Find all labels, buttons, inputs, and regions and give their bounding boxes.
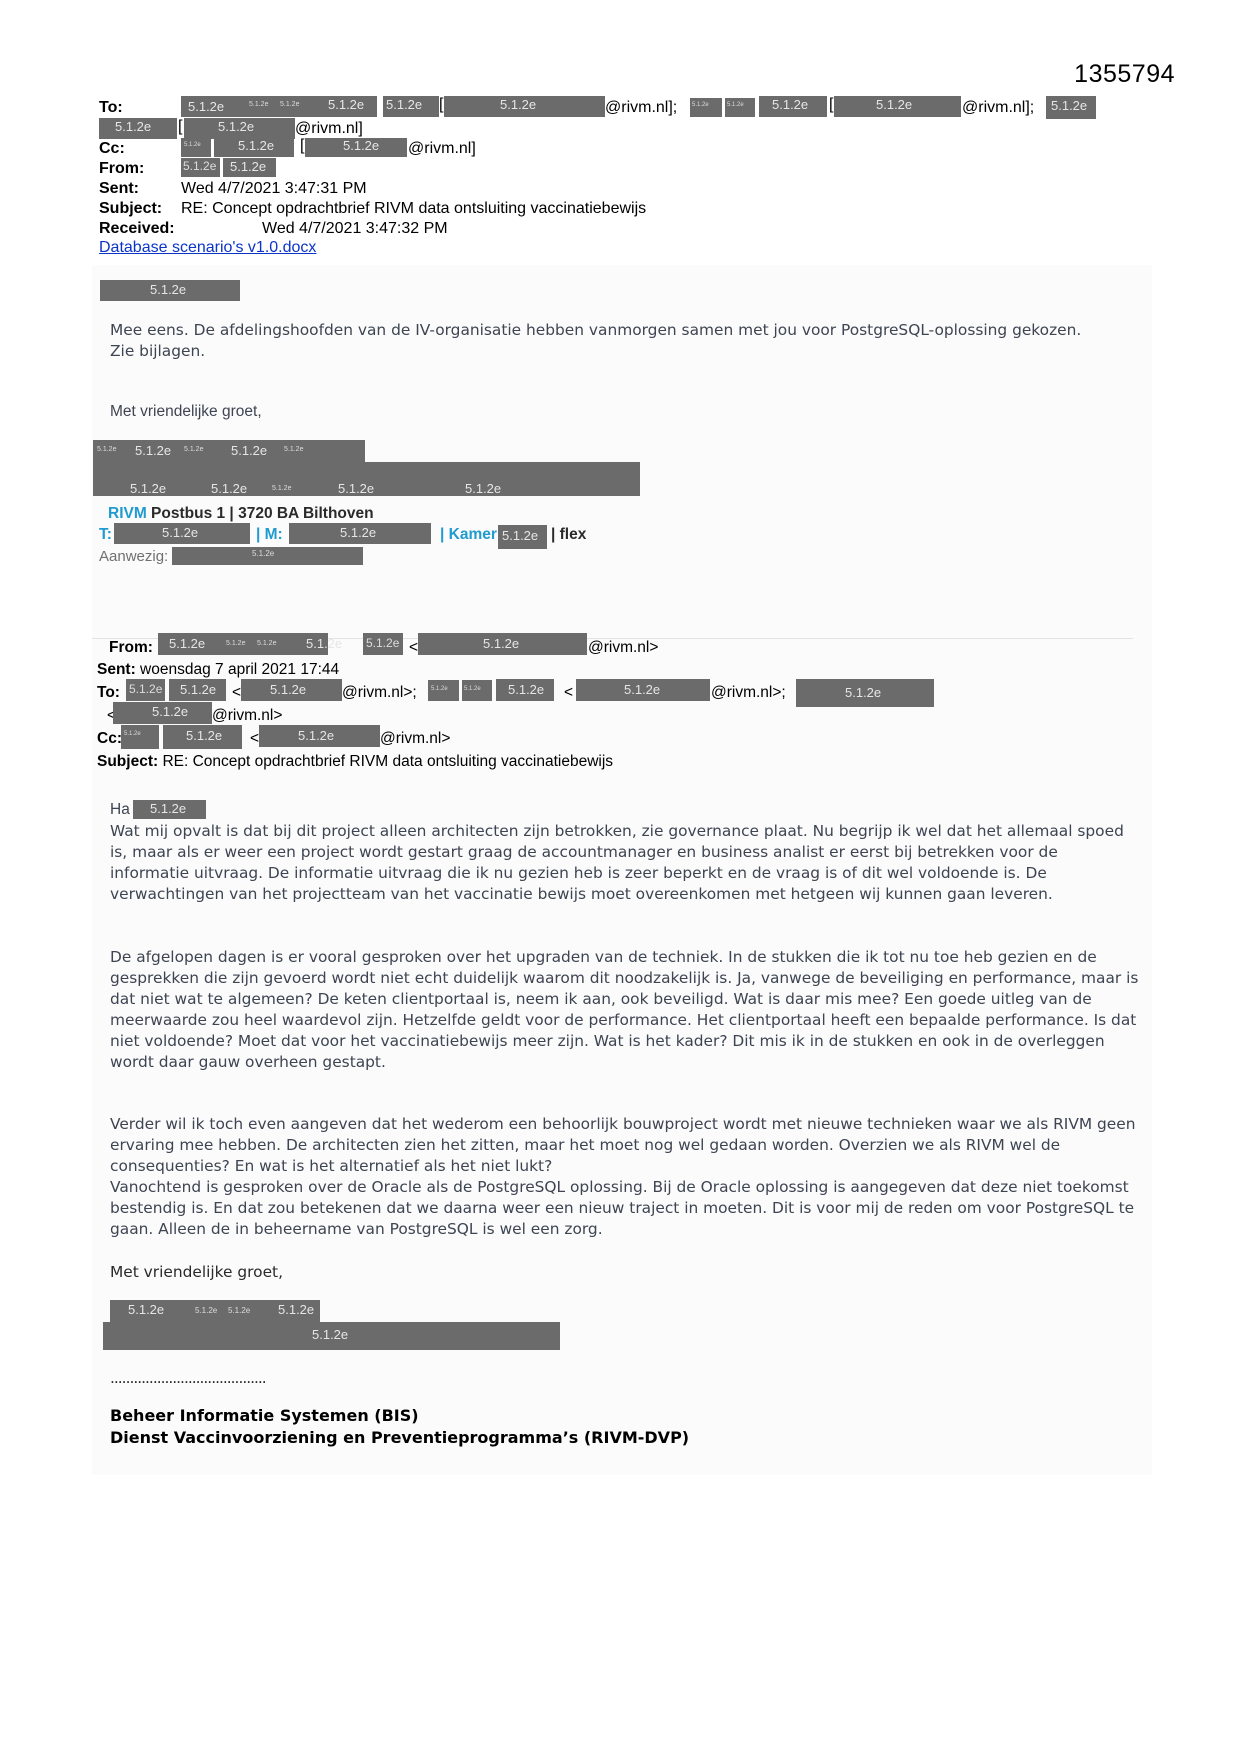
reply-line: Mee eens. De afdelingshoofden van de IV-… bbox=[110, 320, 1140, 341]
redaction: 5.1.2e bbox=[624, 682, 660, 697]
redaction: 5.1.2e bbox=[340, 525, 376, 540]
to-domain: @rivm.nl] bbox=[295, 119, 363, 139]
quoted-from-domain: @rivm.nl> bbox=[588, 636, 658, 659]
redaction: 5.1.2e bbox=[183, 159, 216, 173]
redaction: 5.1.2e bbox=[162, 525, 198, 540]
redaction: 5.1.2e bbox=[306, 636, 342, 651]
redaction: 5.1.2e bbox=[135, 443, 171, 458]
redaction: 5.1.2e bbox=[1051, 98, 1087, 113]
redaction: 5.1.2e bbox=[226, 640, 245, 647]
quoted-cc-domain: @rivm.nl> bbox=[380, 727, 450, 750]
phone-label: T: bbox=[99, 523, 112, 546]
subject-value: RE: Concept opdrachtbrief RIVM data onts… bbox=[181, 199, 646, 219]
outer-to-line: To: bbox=[99, 98, 179, 118]
redaction: 5.1.2e bbox=[184, 446, 203, 453]
sent-value: Wed 4/7/2021 3:47:31 PM bbox=[181, 179, 367, 199]
subject-label: Subject: bbox=[99, 199, 162, 219]
reply-line: Zie bijlagen. bbox=[110, 341, 1140, 362]
dotted-divider: ........................................ bbox=[110, 1368, 266, 1389]
quoted-subject-value: RE: Concept opdrachtbrief RIVM data onts… bbox=[158, 753, 613, 770]
cc-label: Cc: bbox=[99, 139, 125, 159]
redaction: 5.1.2e bbox=[150, 282, 186, 297]
redaction: 5.1.2e bbox=[270, 682, 306, 697]
redaction: 5.1.2e bbox=[272, 485, 291, 492]
sent-label: Sent: bbox=[99, 179, 139, 199]
quoted-sent-line: Sent: woensdag 7 april 2021 17:44 bbox=[97, 658, 339, 681]
redaction: 5.1.2e bbox=[230, 159, 266, 174]
redaction: 5.1.2e bbox=[483, 636, 519, 651]
redaction: 5.1.2e bbox=[211, 481, 247, 496]
redaction: 5.1.2e bbox=[328, 97, 364, 112]
redaction: 5.1.2e bbox=[249, 101, 268, 108]
to-label: To: bbox=[99, 98, 179, 118]
quoted-to-label: To: bbox=[97, 681, 120, 704]
redaction: 5.1.2e bbox=[464, 686, 481, 692]
quoted-subject-label: Subject: bbox=[97, 753, 158, 770]
received-label: Received: bbox=[99, 219, 175, 239]
redaction: 5.1.2e bbox=[338, 481, 374, 496]
redaction: 5.1.2e bbox=[386, 97, 422, 112]
department-line-2: Dienst Vaccinvoorziening en Preventiepro… bbox=[110, 1427, 689, 1449]
redaction: 5.1.2e bbox=[238, 138, 274, 153]
redaction: 5.1.2e bbox=[195, 1306, 217, 1315]
quoted-cc-label: Cc: bbox=[97, 727, 122, 750]
reply-closing: Met vriendelijke groet, bbox=[110, 403, 262, 421]
redaction: 5.1.2e bbox=[312, 1327, 348, 1342]
redaction: 5.1.2e bbox=[115, 119, 151, 134]
redaction: 5.1.2e bbox=[180, 682, 216, 697]
redaction: 5.1.2e bbox=[343, 138, 379, 153]
kamer-label: | Kamer bbox=[440, 523, 497, 546]
quoted-subject-line: Subject: RE: Concept opdrachtbrief RIVM … bbox=[97, 750, 613, 773]
redaction: 5.1.2e bbox=[252, 549, 274, 558]
quoted-sent-label: Sent: bbox=[97, 661, 136, 678]
redaction: 5.1.2e bbox=[465, 481, 501, 496]
attachment-link[interactable]: Database scenario's v1.0.docx bbox=[99, 239, 316, 257]
redaction: 5.1.2e bbox=[124, 731, 141, 737]
redaction: 5.1.2e bbox=[692, 102, 709, 108]
redaction: 5.1.2e bbox=[97, 446, 116, 453]
quoted-to-domain: @rivm.nl>; bbox=[342, 681, 417, 704]
redaction: 5.1.2e bbox=[218, 119, 254, 134]
aanwezig-label: Aanwezig: bbox=[99, 545, 168, 568]
redaction: 5.1.2e bbox=[845, 685, 881, 700]
redaction: 5.1.2e bbox=[152, 704, 188, 719]
flex-label: | flex bbox=[551, 523, 586, 546]
redaction: 5.1.2e bbox=[500, 97, 536, 112]
redaction: 5.1.2e bbox=[508, 682, 544, 697]
signature-org: RIVM bbox=[108, 505, 147, 522]
redaction: 5.1.2e bbox=[772, 97, 808, 112]
redaction: 5.1.2e bbox=[727, 102, 744, 108]
cc-domain: @rivm.nl] bbox=[408, 139, 476, 159]
signature-address: RIVM Postbus 1 | 3720 BA Bilthoven bbox=[108, 502, 374, 525]
redaction: 5.1.2e bbox=[431, 686, 448, 692]
quoted-to-domain: @rivm.nl>; bbox=[711, 681, 786, 704]
quoted-paragraph-1: Wat mij opvalt is dat bij dit project al… bbox=[110, 821, 1140, 905]
redaction: 5.1.2e bbox=[876, 97, 912, 112]
redaction: 5.1.2e bbox=[284, 446, 303, 453]
redaction: 5.1.2e bbox=[130, 481, 166, 496]
redaction: 5.1.2e bbox=[280, 101, 299, 108]
to-domain: @rivm.nl]; bbox=[605, 98, 677, 118]
reply-body: Mee eens. De afdelingshoofden van de IV-… bbox=[110, 320, 1140, 362]
quoted-paragraph-2: De afgelopen dagen is er vooral gesproke… bbox=[110, 947, 1140, 1073]
to-domain: @rivm.nl]; bbox=[962, 98, 1034, 118]
redaction: 5.1.2e bbox=[366, 636, 399, 650]
redaction: 5.1.2e bbox=[278, 1302, 314, 1317]
redaction: 5.1.2e bbox=[186, 728, 222, 743]
redaction: 5.1.2e bbox=[502, 528, 538, 543]
greeting: Ha bbox=[110, 801, 130, 819]
redaction: 5.1.2e bbox=[150, 801, 186, 816]
redaction: 5.1.2e bbox=[184, 142, 201, 148]
redaction: 5.1.2e bbox=[298, 728, 334, 743]
document-number: 1355794 bbox=[1074, 60, 1175, 89]
signature-address-text: Postbus 1 | 3720 BA Bilthoven bbox=[147, 505, 374, 522]
quoted-to-domain: @rivm.nl> bbox=[212, 704, 282, 727]
quoted-sent-value: woensdag 7 april 2021 17:44 bbox=[136, 661, 339, 678]
received-value: Wed 4/7/2021 3:47:32 PM bbox=[262, 219, 448, 239]
mobile-label: | M: bbox=[256, 523, 283, 546]
redaction: 5.1.2e bbox=[129, 682, 162, 696]
quoted-closing: Met vriendelijke groet, bbox=[110, 1262, 283, 1283]
redaction: 5.1.2e bbox=[169, 636, 205, 651]
quoted-paragraph-3: Verder wil ik toch even aangeven dat het… bbox=[110, 1114, 1140, 1240]
redaction: 5.1.2e bbox=[228, 1306, 250, 1315]
department-line-1: Beheer Informatie Systemen (BIS) bbox=[110, 1405, 419, 1427]
redaction: 5.1.2e bbox=[188, 97, 224, 116]
quoted-from-label: From: bbox=[109, 636, 153, 659]
redaction: 5.1.2e bbox=[231, 443, 267, 458]
redaction: 5.1.2e bbox=[128, 1302, 164, 1317]
redaction: 5.1.2e bbox=[257, 640, 276, 647]
from-label: From: bbox=[99, 159, 144, 179]
